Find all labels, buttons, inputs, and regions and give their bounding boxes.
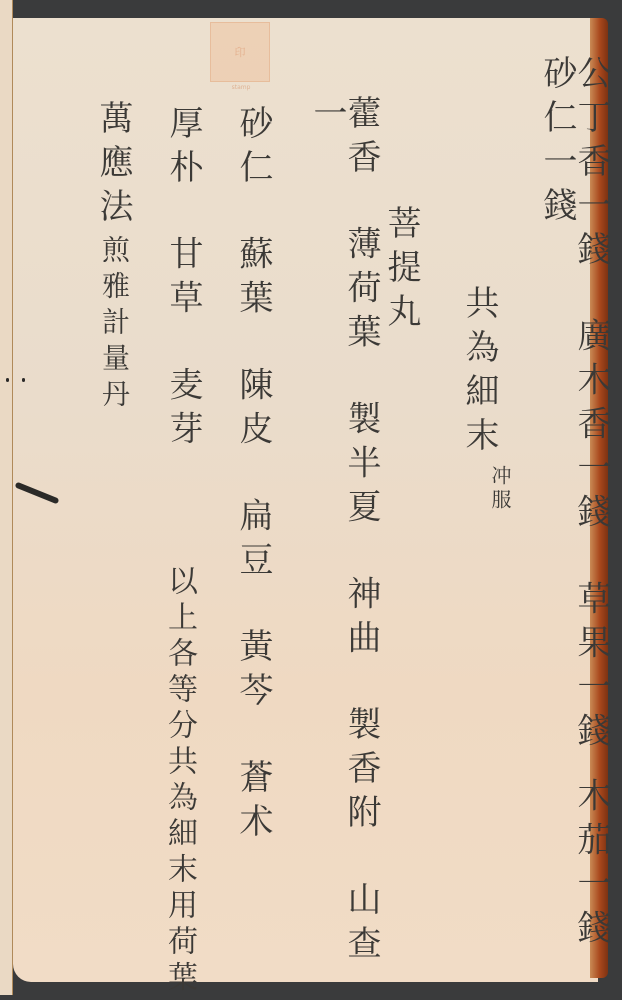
recipe-column-7: 萬應法 [96,100,130,232]
seal-caption: stamp [205,84,277,91]
ingredient: 神曲 [341,575,381,663]
recipe-column-6: 厚朴 甘草 麦芽 [166,105,200,455]
seal-text: 印 [235,46,246,59]
ingredient: 麦芽 [163,367,203,455]
library-seal-stamp: 印 [210,22,270,82]
ingredient: 甘草 [163,236,203,324]
method-note: 煎雅計量丹 [100,235,128,415]
ingredient: 木茄一錢 [571,777,611,953]
ingredient: 薄荷葉 [341,226,381,358]
adjacent-page-edge [0,0,13,995]
recipe-column-5: 砂仁 蘇葉 陳皮 扁豆 黃芩 蒼术 [236,105,270,847]
ingredient: 砂仁 [233,105,273,193]
recipe-column-4: 藿香 薄荷葉 製半夏 神曲 製香附 山查一 [310,95,378,1000]
recipe-column-1: 公丁香一錢 廣木香一錢 草果一錢 木茄一錢 砂仁一錢 [540,55,608,1000]
recipe-title: 菩提丸 [384,205,418,337]
ink-dot [22,378,25,382]
ingredient: 製香附 [341,706,381,838]
recipe-column-2: 共為細末 [462,285,496,461]
ingredient: 厚朴 [163,105,203,193]
ingredient: 製半夏 [341,401,381,533]
ingredient: 扁豆 [233,497,273,585]
ingredient: 黃芩 [233,628,273,716]
preparation-instruction: 以上各等分共為細末用荷葉 [164,565,194,997]
ingredient: 蘇葉 [233,236,273,324]
ingredient: 藿香 [341,95,381,183]
ink-dot [6,378,9,382]
ingredient: 蒼术 [233,759,273,847]
instruction: 共為細末 [459,285,499,461]
ingredient: 陳皮 [233,367,273,455]
ingredient: 公丁香一錢 [571,55,611,275]
ingredient: 草果一錢 [571,581,611,757]
method-heading: 萬應法 [93,100,133,232]
ingredient: 廣木香一錢 [571,318,611,538]
instruction-note: 冲服 [490,465,510,513]
ingredient: 砂仁一錢 [537,55,577,231]
